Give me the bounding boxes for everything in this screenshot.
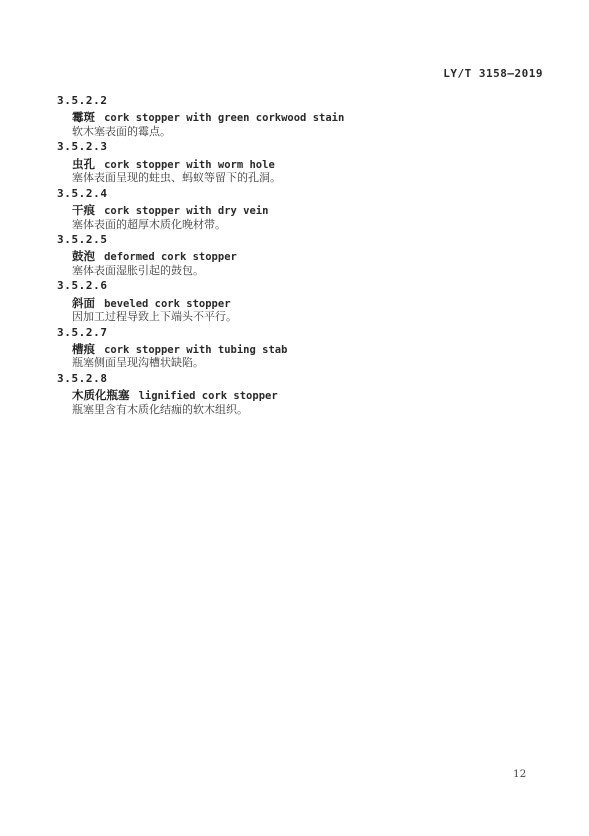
term-section: 3.5.2.3 虫孔 cork stopper with worm hole 塞… (57, 139, 537, 185)
term-section: 3.5.2.7 槽痕 cork stopper with tubing stab… (57, 325, 537, 371)
term-line: 霉斑 cork stopper with green corkwood stai… (57, 108, 537, 123)
term-line: 木质化瓶塞 lignified cork stopper (57, 386, 537, 401)
term-section: 3.5.2.4 干痕 cork stopper with dry vein 塞体… (57, 186, 537, 232)
term-english: deformed cork stopper (104, 251, 237, 263)
document-page: LY/T 3158—2019 3.5.2.2 霉斑 cork stopper w… (0, 0, 589, 836)
term-line: 虫孔 cork stopper with worm hole (57, 155, 537, 170)
term-definition: 瓶塞里含有木质化结痂的软木组织。 (57, 402, 537, 417)
section-number: 3.5.2.2 (57, 93, 537, 108)
section-number: 3.5.2.5 (57, 232, 537, 247)
term-line: 干痕 cork stopper with dry vein (57, 201, 537, 216)
term-english: cork stopper with green corkwood stain (104, 112, 344, 124)
term-definition: 塞体表面湿胀引起的鼓包。 (57, 263, 537, 278)
term-section: 3.5.2.2 霉斑 cork stopper with green corkw… (57, 93, 537, 139)
page-number: 12 (513, 768, 526, 780)
term-chinese: 斜面 (72, 296, 95, 310)
term-definition: 软木塞表面的霉点。 (57, 124, 537, 139)
term-chinese: 霉斑 (72, 110, 95, 124)
document-number-header: LY/T 3158—2019 (443, 67, 543, 80)
section-number: 3.5.2.3 (57, 139, 537, 154)
term-line: 鼓泡 deformed cork stopper (57, 247, 537, 262)
term-chinese: 木质化瓶塞 (72, 388, 130, 402)
term-chinese: 虫孔 (72, 157, 95, 171)
term-definition: 因加工过程导致上下端头不平行。 (57, 309, 537, 324)
term-definition: 塞体表面的超厚木质化晚材带。 (57, 217, 537, 232)
term-section: 3.5.2.8 木质化瓶塞 lignified cork stopper 瓶塞里… (57, 371, 537, 417)
term-chinese: 干痕 (72, 203, 95, 217)
term-english: cork stopper with dry vein (104, 205, 268, 217)
term-english: beveled cork stopper (104, 298, 230, 310)
section-number: 3.5.2.6 (57, 278, 537, 293)
term-line: 槽痕 cork stopper with tubing stab (57, 340, 537, 355)
term-line: 斜面 beveled cork stopper (57, 294, 537, 309)
term-definition: 塞体表面呈现的蛀虫、蚂蚁等留下的孔洞。 (57, 170, 537, 185)
section-number: 3.5.2.4 (57, 186, 537, 201)
term-english: cork stopper with worm hole (104, 159, 275, 171)
term-english: lignified cork stopper (139, 390, 278, 402)
terms-list: 3.5.2.2 霉斑 cork stopper with green corkw… (57, 93, 537, 417)
term-english: cork stopper with tubing stab (104, 344, 287, 356)
term-definition: 瓶塞侧面呈现沟槽状缺陷。 (57, 355, 537, 370)
term-chinese: 槽痕 (72, 342, 95, 356)
section-number: 3.5.2.8 (57, 371, 537, 386)
section-number: 3.5.2.7 (57, 325, 537, 340)
term-chinese: 鼓泡 (72, 249, 95, 263)
term-section: 3.5.2.5 鼓泡 deformed cork stopper 塞体表面湿胀引… (57, 232, 537, 278)
term-section: 3.5.2.6 斜面 beveled cork stopper 因加工过程导致上… (57, 278, 537, 324)
